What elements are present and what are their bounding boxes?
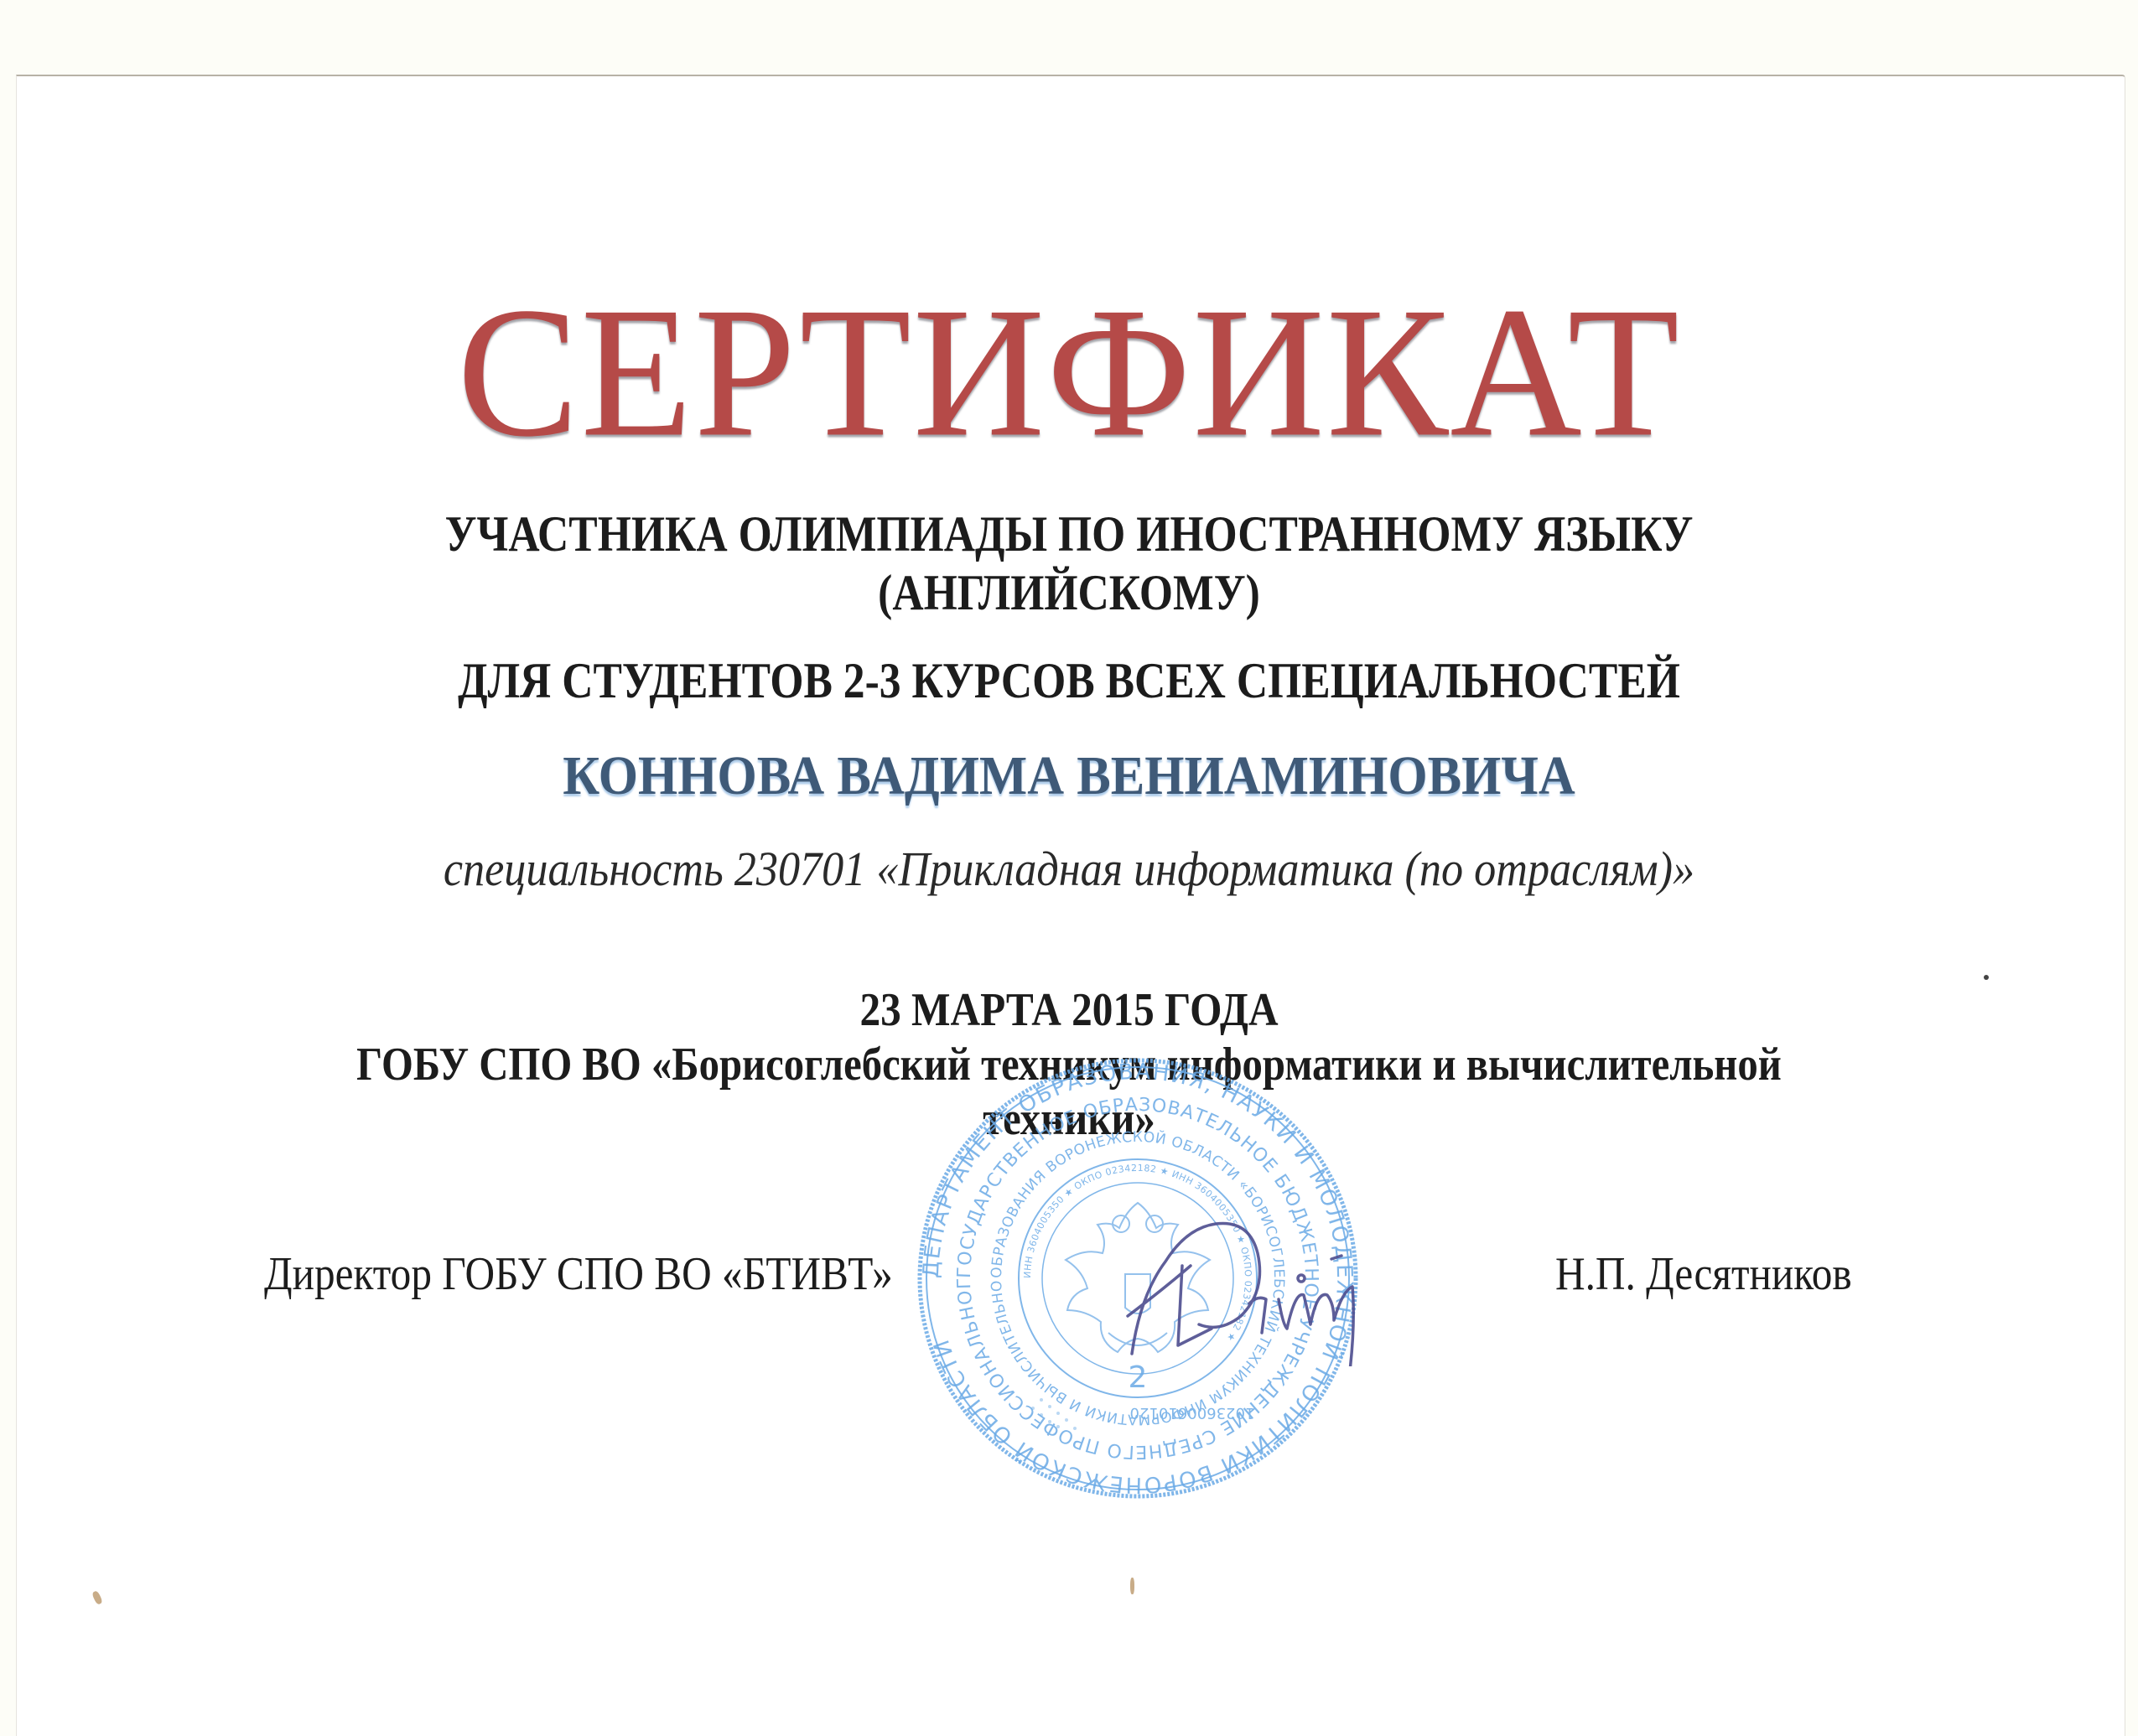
organization-line-1: ГОБУ СПО ВО «Борисоглебский техникум инф… bbox=[139, 1039, 2000, 1090]
organization-line-2: техники» bbox=[139, 1094, 2000, 1144]
event-date: 23 МАРТА 2015 ГОДА bbox=[128, 985, 2010, 1035]
recipient-name: КОННОВА ВАДИМА ВЕНИАМИНОВИЧА bbox=[86, 746, 2052, 806]
subtitle-line-1: УЧАСТНИКА ОЛИМПИАДЫ ПО ИНОСТРАННОМУ ЯЗЫК… bbox=[150, 507, 1989, 561]
signer-name: Н.П. Десятников bbox=[1555, 1249, 1852, 1299]
paper-speck bbox=[1130, 1578, 1134, 1594]
specialty-line: специальность 230701 «Прикладная информа… bbox=[107, 842, 2032, 896]
subtitle-line-2: (АНГЛИЙСКОМУ) bbox=[150, 566, 1989, 619]
certificate-title: СЕРТИФИКАТ bbox=[0, 275, 2138, 472]
paper-speck bbox=[1984, 975, 1989, 980]
signer-title: Директор ГОБУ СПО ВО «БТИВТ» bbox=[264, 1249, 893, 1299]
audience-line: ДЛЯ СТУДЕНТОВ 2-3 КУРСОВ ВСЕХ СПЕЦИАЛЬНО… bbox=[150, 654, 1989, 707]
